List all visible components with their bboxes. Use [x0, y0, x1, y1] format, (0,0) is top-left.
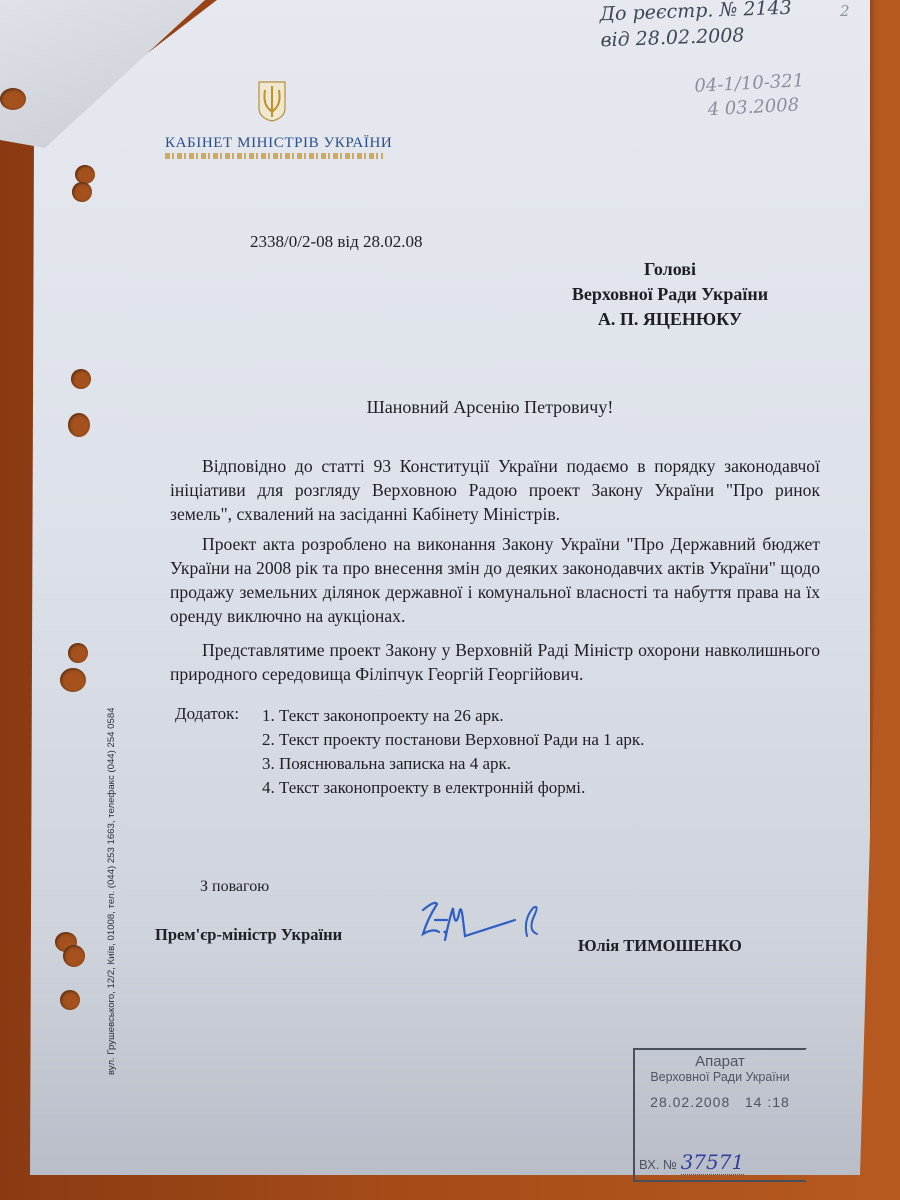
attachments-list: 1. Текст законопроекту на 26 арк. 2. Тек… — [262, 704, 644, 800]
attachment-item: 2. Текст проекту постанови Верховної Рад… — [262, 728, 644, 752]
letter-content: КАБІНЕТ МІНІСТРІВ УКРАЇНИ До реєстр. № 2… — [0, 0, 900, 1200]
closing-regards: З повагою — [200, 878, 269, 896]
index-date: 4 03.2008 — [695, 93, 806, 123]
signer-position: Прем'єр-міністр України — [155, 925, 342, 945]
attachment-item: 3. Пояснювальна записка на 4 арк. — [262, 752, 644, 776]
stamp-incoming-number: 37571 — [681, 1150, 745, 1175]
signer-name: Юлія ТИМОШЕНКО — [578, 936, 742, 956]
stamp-incoming: ВХ. № 37571 — [639, 1150, 744, 1174]
organization-name: КАБІНЕТ МІНІСТРІВ УКРАЇНИ — [165, 135, 392, 152]
addressee-body: Верховної Ради України — [520, 282, 820, 307]
trident-coat-of-arms-icon — [257, 80, 287, 122]
stamp-organization: Верховної Ради України — [635, 1070, 805, 1084]
addressee-title: Голові — [520, 257, 820, 282]
stamp-incoming-label: ВХ. № — [639, 1157, 677, 1172]
attachments-label: Додаток: — [175, 704, 239, 724]
stamp-title: Апарат — [635, 1053, 805, 1070]
footer-address: вул. Грушевського, 12/2, Київ, 01008, те… — [106, 708, 117, 1076]
handwritten-registry-note: До реєстр. № 2143 від 28.02.2008 — [599, 0, 793, 53]
registry-date: від 28.02.2008 — [600, 21, 793, 54]
ornament-divider — [165, 153, 383, 159]
handwritten-signature-icon — [415, 890, 555, 960]
addressee-name: А. П. ЯЦЕНЮКУ — [520, 307, 820, 332]
body-paragraph: Проект акта розроблено на виконання Зако… — [170, 532, 820, 628]
outgoing-number: 2338/0/2-08 від 28.02.08 — [250, 232, 423, 252]
attachment-item: 1. Текст законопроекту на 26 арк. — [262, 704, 644, 728]
salutation: Шановний Арсенію Петровичу! — [160, 397, 820, 418]
body-paragraph: Відповідно до статті 93 Конституції Укра… — [170, 454, 820, 526]
handwritten-index-note: 04-1/10-321 4 03.2008 — [694, 69, 806, 123]
registration-stamp: Апарат Верховної Ради України 28.02.2008… — [633, 1048, 807, 1182]
body-paragraph: Представлятиме проект Закону у Верховній… — [170, 638, 820, 686]
stamp-datetime: 28.02.2008 14 :18 — [635, 1094, 805, 1110]
handwritten-corner-mark: 2 — [840, 2, 850, 20]
attachment-item: 4. Текст законопроекту в електронній фор… — [262, 776, 644, 800]
addressee-block: Голові Верховної Ради України А. П. ЯЦЕН… — [520, 257, 820, 332]
